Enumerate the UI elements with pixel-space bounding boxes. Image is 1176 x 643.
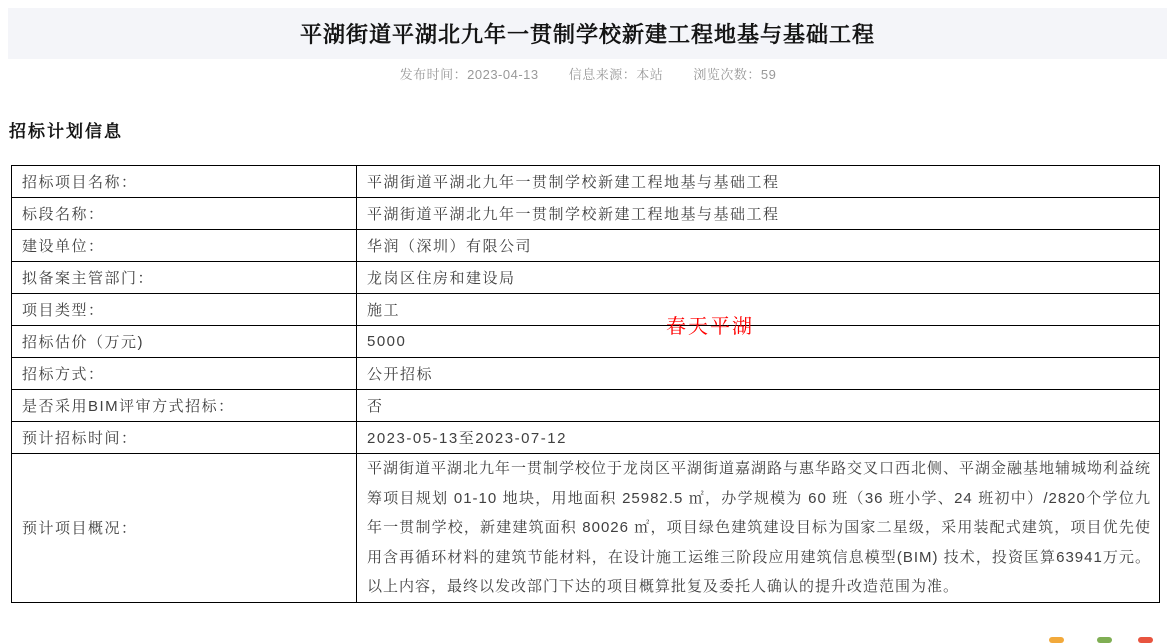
- row-label: 预计项目概况：: [12, 454, 357, 603]
- table-row-project-overview: 预计项目概况： 平湖街道平湖北九年一贯制学校位于龙岗区平湖街道嘉湖路与惠华路交叉…: [12, 454, 1160, 603]
- page-title: 平湖街道平湖北九年一贯制学校新建工程地基与基础工程: [300, 18, 875, 49]
- row-label: 预计招标时间：: [12, 422, 357, 454]
- row-label: 招标方式：: [12, 358, 357, 390]
- project-overview-text: 平湖街道平湖北九年一贯制学校位于龙岗区平湖街道嘉湖路与惠华路交叉口西北侧、平湖金…: [367, 454, 1151, 602]
- section-title: 招标计划信息: [9, 117, 123, 142]
- article-page: 平湖街道平湖北九年一贯制学校新建工程地基与基础工程 发布时间：2023-04-1…: [0, 0, 1176, 643]
- table-row-project-name: 招标项目名称： 平湖街道平湖北九年一贯制学校新建工程地基与基础工程: [12, 166, 1160, 198]
- row-value: 施工: [357, 294, 1160, 326]
- row-value: 2023-05-13至2023-07-12: [357, 422, 1160, 454]
- publish-time: 发布时间：2023-04-13: [400, 67, 539, 82]
- row-label: 是否采用BIM评审方式招标：: [12, 390, 357, 422]
- table-row-bid-estimate: 招标估价（万元) 5000: [12, 326, 1160, 358]
- table-row-expected-bid-time: 预计招标时间： 2023-05-13至2023-07-12: [12, 422, 1160, 454]
- row-value: 公开招标: [357, 358, 1160, 390]
- table-row-bim-review: 是否采用BIM评审方式招标： 否: [12, 390, 1160, 422]
- share-icon-orange[interactable]: [1049, 637, 1064, 643]
- row-value: 华润（深圳）有限公司: [357, 230, 1160, 262]
- article-title-band: 平湖街道平湖北九年一贯制学校新建工程地基与基础工程: [8, 8, 1167, 59]
- bid-plan-table: 招标项目名称： 平湖街道平湖北九年一贯制学校新建工程地基与基础工程 标段名称： …: [11, 165, 1160, 603]
- row-label: 招标项目名称：: [12, 166, 357, 198]
- table-row-construction-unit: 建设单位： 华润（深圳）有限公司: [12, 230, 1160, 262]
- table-row-section-name: 标段名称： 平湖街道平湖北九年一贯制学校新建工程地基与基础工程: [12, 198, 1160, 230]
- row-value: 5000: [357, 326, 1160, 358]
- row-label: 标段名称：: [12, 198, 357, 230]
- info-source: 信息来源：本站: [569, 67, 664, 82]
- table-row-bid-method: 招标方式： 公开招标: [12, 358, 1160, 390]
- table-row-project-type: 项目类型： 施工: [12, 294, 1160, 326]
- row-value: 否: [357, 390, 1160, 422]
- row-value: 平湖街道平湖北九年一贯制学校新建工程地基与基础工程: [357, 198, 1160, 230]
- row-value: 平湖街道平湖北九年一贯制学校新建工程地基与基础工程: [357, 166, 1160, 198]
- row-label: 项目类型：: [12, 294, 357, 326]
- row-label: 拟备案主管部门：: [12, 262, 357, 294]
- share-icon-green[interactable]: [1097, 637, 1112, 643]
- view-count: 浏览次数：59: [693, 67, 776, 82]
- share-icon-red[interactable]: [1138, 637, 1153, 643]
- row-label: 招标估价（万元): [12, 326, 357, 358]
- row-label: 建设单位：: [12, 230, 357, 262]
- table-row-supervising-dept: 拟备案主管部门： 龙岗区住房和建设局: [12, 262, 1160, 294]
- row-value: 龙岗区住房和建设局: [357, 262, 1160, 294]
- article-meta: 发布时间：2023-04-13 信息来源：本站 浏览次数：59: [0, 64, 1176, 83]
